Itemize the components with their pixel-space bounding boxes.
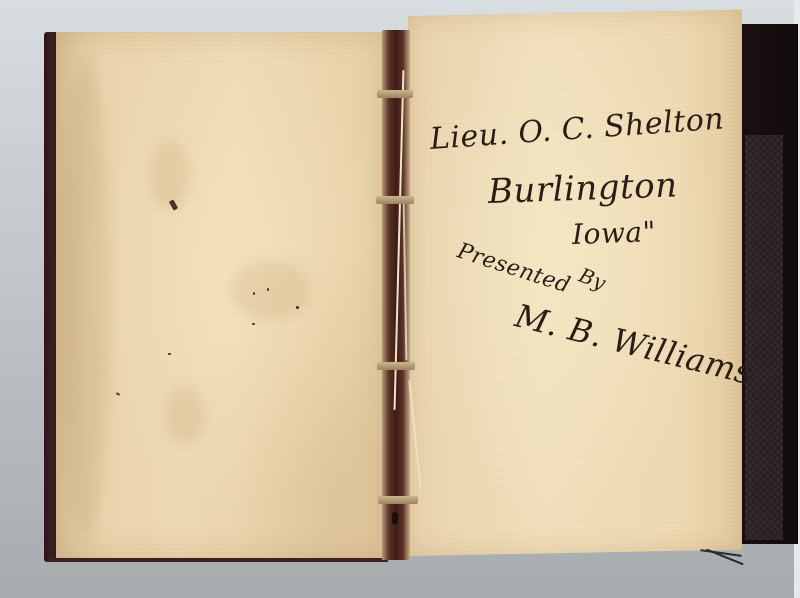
ink-speck bbox=[252, 323, 255, 325]
foxing-stain bbox=[165, 385, 205, 445]
binding-tape bbox=[376, 196, 414, 204]
edge-discoloration bbox=[60, 60, 110, 540]
inscription-state: Iowa" bbox=[571, 215, 656, 251]
book-photo: Lieu. O. C. Shelton Burlington Iowa" Pre… bbox=[0, 0, 800, 598]
foxing-stain bbox=[230, 260, 310, 320]
ink-speck bbox=[296, 306, 299, 309]
binding-tape bbox=[378, 496, 418, 504]
foxing-stain bbox=[150, 140, 190, 210]
binding-tape bbox=[377, 362, 415, 370]
ink-speck bbox=[267, 288, 269, 291]
inscription-city: Burlington bbox=[487, 165, 678, 212]
binding-hole bbox=[392, 512, 398, 524]
right-flyleaf-page bbox=[408, 10, 742, 556]
bookmark-ribbon bbox=[706, 549, 744, 565]
ink-speck bbox=[253, 292, 255, 295]
cover-cloth-texture bbox=[745, 135, 783, 540]
ink-speck bbox=[168, 353, 171, 355]
binding-tape bbox=[377, 90, 413, 98]
